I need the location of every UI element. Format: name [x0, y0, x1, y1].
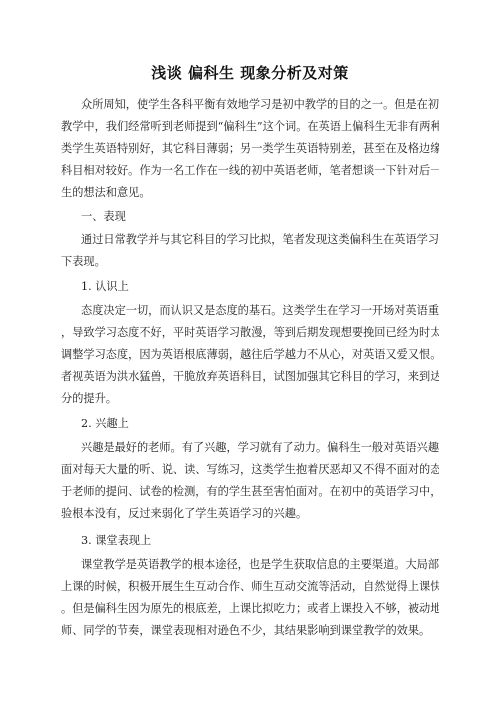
- subsection-heading: 2. 兴趣上: [81, 417, 129, 431]
- paragraph-line: 验根本没有，反过来弱化了学生英语学习的兴趣。: [61, 507, 439, 521]
- paragraph-line: 分的提升。: [61, 392, 439, 406]
- paragraph-line: 师、同学的节奏，课堂表现相对逊色不少，其结果影响到课堂教学的效果。: [61, 624, 439, 638]
- subsection-heading: 1. 认识上: [81, 280, 129, 294]
- paragraph-line: 众所周知，使学生各科平衡有效地学习是初中教学的目的之一。但是在初中英语: [81, 98, 439, 112]
- paragraph-line: 。但是偏科生因为原先的根底差，上课比拟吃力；或者上课投入不够，被动地跟随老: [61, 602, 439, 616]
- section-heading: 一、表现: [81, 210, 126, 224]
- paragraph-line: 兴趣是最好的老师。有了兴趣，学习就有了动力。偏科生一般对英语兴趣不浓，: [81, 441, 439, 455]
- paragraph-line: 态度决定一切，而认识又是态度的基石。这类学生在学习一开场对英语重视不够: [81, 304, 439, 318]
- paragraph-line: 类学生英语特别好，其它科目薄弱；另一类学生英语特别差，甚至在及格边缘，其它: [61, 142, 439, 156]
- paragraph-line: 教学中，我们经常听到老师提到“偏科生”这个词。在英语上偏科生无非有两种：一: [61, 120, 439, 134]
- paragraph-line: 通过日常教学并与其它科目的学习比拟，笔者发现这类偏科生在英语学习上有以: [81, 233, 439, 247]
- paragraph-line: 科目相对较好。作为一名工作在一线的初中英语老师，笔者想谈一下针对后一类偏科: [61, 164, 439, 178]
- paragraph-line: 调整学习态度，因为英语根底薄弱，越往后学越力不从心，对英语又爱又恨。更有甚: [61, 348, 439, 362]
- paragraph-line: 面对每天大量的听、说、读、写练习，这类学生抱着厌恶却又不得不面对的态度；对: [61, 463, 439, 477]
- paragraph-line: ，导致学习态度不好，平时英语学习散漫，等到后期发现想要挽回已经为时太晚，再: [61, 326, 439, 340]
- paragraph-line: 于老师的提问、试卷的检测，有的学生甚至害怕面对。在初中的英语学习中，快乐体: [61, 485, 439, 499]
- paragraph-line: 生的想法和意见。: [61, 186, 439, 200]
- paragraph-line: 上课的时候，积极开展生生互动合作、师生互动交流等活动，自然觉得上课快乐有趣: [61, 580, 439, 594]
- subsection-heading: 3. 课堂表现上: [81, 534, 151, 548]
- document-title: 浅谈 偏科生 现象分析及对策: [0, 62, 500, 83]
- paragraph-line: 下表现。: [61, 255, 439, 269]
- paragraph-line: 课堂教学是英语教学的根本途径，也是学生获取信息的主要渠道。大局部学生在: [81, 558, 439, 572]
- document-page: 浅谈 偏科生 现象分析及对策 众所周知，使学生各科平衡有效地学习是初中教学的目的…: [0, 0, 500, 707]
- paragraph-line: 者视英语为洪水猛兽，干脆放弃英语科目，试图加强其它科目的学习，来到达个人总: [61, 370, 439, 384]
